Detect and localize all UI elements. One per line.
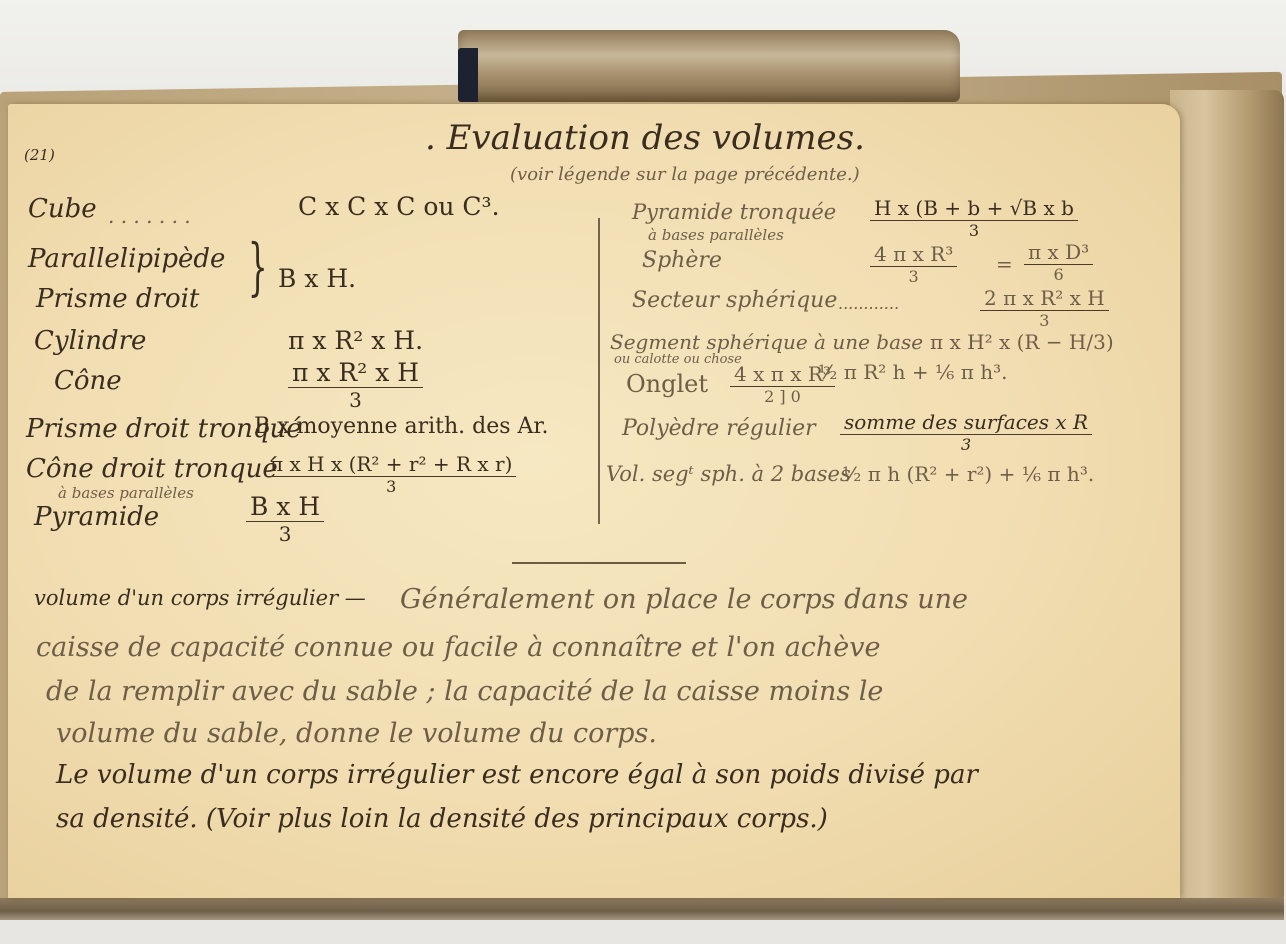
notes-line-6: sa densité. (Voir plus loin la densité d… (56, 804, 828, 834)
formula-pyramide: B x H 3 (246, 492, 324, 546)
formula-segment-spherique-alt: ½ π R² h + ⅙ π h³. (818, 360, 1008, 384)
formula-polyedre-regulier: somme des surfaces x R 3 (840, 410, 1092, 454)
notes-heading: volume d'un corps irrégulier — (34, 586, 366, 610)
shape-label-polyedre-regulier: Polyèdre régulier (622, 416, 816, 441)
formula-cone-droit-tronque: π x H x (R² + r² + R x r) 3 (266, 452, 516, 496)
notebook-cover-bottom-edge (0, 898, 1284, 920)
formula-cube: C x C x C ou C³. (298, 192, 500, 221)
notes-line-3: de la remplir avec du sable ; la capacit… (46, 676, 883, 707)
notes-line-2: caisse de capacité connue ou facile à co… (36, 632, 881, 663)
formula-cylindre: π x R² x H. (288, 326, 423, 355)
notes-line-4: volume du sable, donne le volume du corp… (56, 718, 657, 749)
shape-label-pyramide-tronquee: Pyramide tronquée (632, 200, 836, 224)
notebook-cover-edge (1170, 90, 1284, 902)
shape-note-calotte: ou calotte ou chose (614, 352, 742, 367)
brace-glyph: } (248, 236, 268, 298)
page-subtitle: (voir légende sur la page précédente.) (510, 164, 860, 185)
formula-onglet: 4 x π x R³ 2 ] 0 (730, 362, 835, 406)
formula-secteur-spherique: 2 π x R² x H 3 (980, 286, 1109, 330)
notes-line-5: Le volume d'un corps irrégulier est enco… (56, 760, 978, 790)
shape-label-segment-deux-bases: Vol. segᵗ sph. à 2 bases (606, 462, 851, 486)
shape-label-sphere: Sphère (642, 248, 722, 273)
equals-sign: = (996, 252, 1013, 276)
shape-label-cone: Cône (54, 366, 122, 396)
shape-note-bases-paralleles: à bases parallèles (58, 484, 194, 502)
formula-segment-spherique: π x H² x (R − H/3) (930, 330, 1114, 354)
shape-label-cylindre: Cylindre (34, 326, 146, 356)
formula-sphere-radius: 4 π x R³ 3 (870, 242, 957, 286)
shape-label-parallelipipede: Parallelipipède (28, 244, 225, 274)
shape-label-secteur-spherique: Secteur sphérique (632, 288, 837, 313)
shape-label-segment-spherique: Segment sphérique à une base (610, 330, 923, 354)
shape-label-pyramide: Pyramide (34, 502, 159, 532)
shape-label-cube: Cube (28, 194, 97, 224)
leader-dots-2: ............ (838, 294, 899, 313)
formula-segment-deux-bases: ½ π h (R² + r²) + ⅙ π h³. (842, 462, 1094, 486)
rolled-paper-cap (458, 48, 478, 102)
formula-sphere-diameter: π x D³ 6 (1024, 240, 1093, 284)
formula-parallelipipede-prisme: B x H. (278, 264, 356, 293)
section-divider (512, 562, 686, 564)
shape-label-cone-droit-tronque: Cône droit tronqué (26, 454, 278, 484)
formula-pyramide-tronquee: H x (B + b + √B x b 3 (870, 196, 1078, 240)
column-divider (598, 218, 600, 524)
rolled-paper-object (458, 30, 960, 102)
shape-label-onglet: Onglet (626, 370, 708, 398)
page-number: (21) (24, 146, 55, 164)
notes-line-1: Généralement on place le corps dans une (400, 584, 968, 615)
formula-prisme-droit-tronque: B x moyenne arith. des Ar. (254, 414, 549, 439)
leader-dots: . . . . . . . (108, 204, 191, 228)
shape-note-bases-paralleles-2: à bases parallèles (648, 226, 784, 244)
page-title: . Evaluation des volumes. (425, 118, 865, 158)
formula-cone: π x R² x H 3 (288, 358, 423, 412)
shape-label-prisme-droit: Prisme droit (36, 284, 199, 314)
